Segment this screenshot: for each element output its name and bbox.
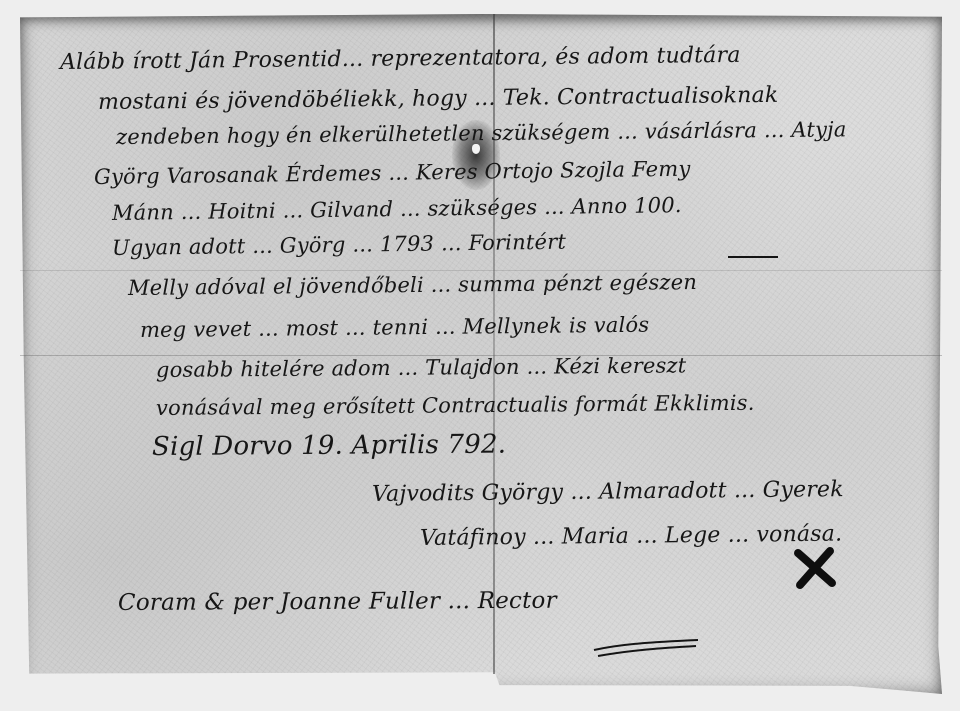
signature-line-1: Vajvodits György ... Almaradott ... Gyer… xyxy=(372,477,844,507)
manuscript-line-9: gosabb hitelére adom ... Tulajdon ... Ké… xyxy=(156,353,687,382)
date-line: Sigl Dorvo 19. Aprilis 792. xyxy=(152,430,506,462)
underline-stroke xyxy=(728,256,778,258)
signature-flourish-icon xyxy=(592,636,702,658)
witness-line: Coram & per Joanne Fuller ... Rector xyxy=(118,588,557,616)
horizontal-crease xyxy=(20,270,942,271)
paper-hole xyxy=(472,144,480,154)
cross-mark-icon xyxy=(792,545,838,591)
signature-line-2: Vatáfinoy ... Maria ... Lege ... vonása. xyxy=(420,522,843,551)
document-scan: Alább írott Ján Prosentid... reprezentat… xyxy=(0,0,960,711)
vertical-fold-line xyxy=(493,14,495,674)
